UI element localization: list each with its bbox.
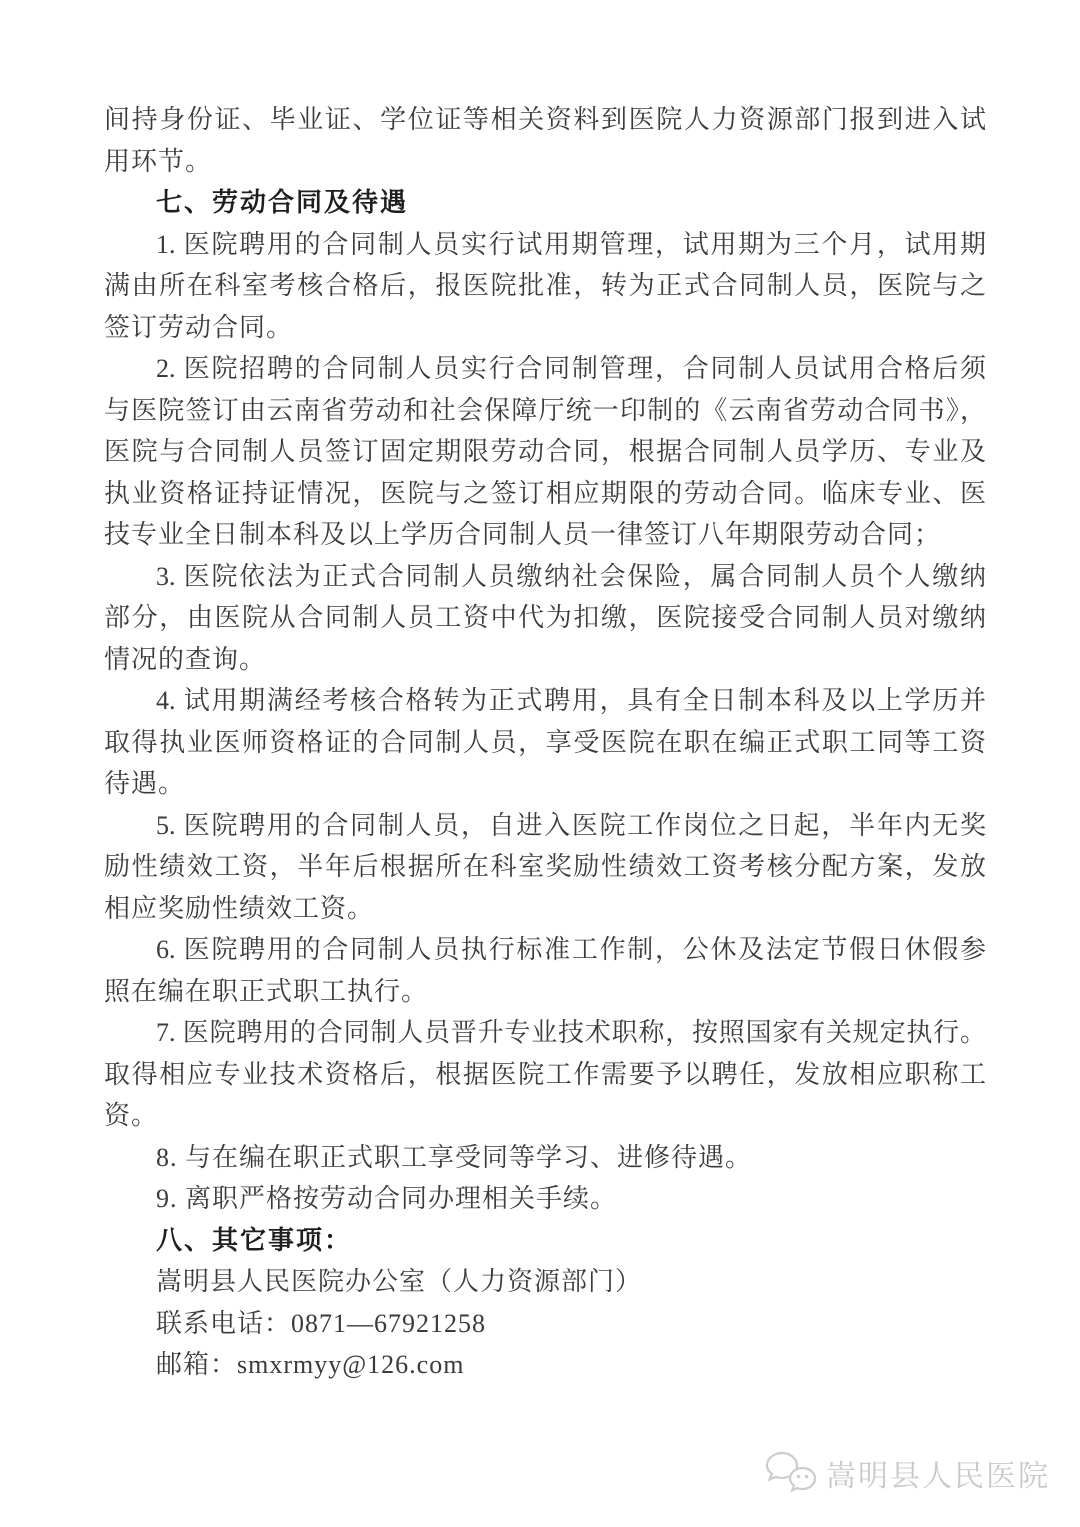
watermark: 嵩明县人民医院 <box>764 1450 1050 1496</box>
text-line: 照在编在职正式职工执行。 <box>104 971 986 1013</box>
text-line: 6. 医院聘用的合同制人员执行标准工作制，公休及法定节假日休假参 <box>104 929 986 971</box>
text-line: 与医院签订由云南省劳动和社会保障厅统一印制的《云南省劳动合同书》， <box>104 390 986 432</box>
text-line: 满由所在科室考核合格后，报医院批准，转为正式合同制人员，医院与之 <box>104 265 986 307</box>
text-line: 待遇。 <box>104 763 986 805</box>
text-line: 技专业全日制本科及以上学历合同制人员一律签订八年期限劳动合同； <box>104 514 986 556</box>
text-line: 联系电话：0871—67921258 <box>104 1303 986 1345</box>
wechat-icon <box>764 1450 818 1496</box>
text-line: 情况的查询。 <box>104 639 986 681</box>
text-line: 邮箱：smxrmyy@126.com <box>104 1344 986 1386</box>
text-line: 用环节。 <box>104 141 986 183</box>
text-line: 2. 医院招聘的合同制人员实行合同制管理，合同制人员试用合格后须 <box>104 348 986 390</box>
text-line: 取得执业医师资格证的合同制人员，享受医院在职在编正式职工同等工资 <box>104 722 986 764</box>
text-line: 执业资格证持证情况，医院与之签订相应期限的劳动合同。临床专业、医 <box>104 473 986 515</box>
text-line: 间持身份证、毕业证、学位证等相关资料到医院人力资源部门报到进入试 <box>104 99 986 141</box>
section-heading: 八、其它事项： <box>104 1220 986 1262</box>
section-heading: 七、劳动合同及待遇 <box>104 182 986 224</box>
text-line: 4. 试用期满经考核合格转为正式聘用，具有全日制本科及以上学历并 <box>104 680 986 722</box>
document-body: 间持身份证、毕业证、学位证等相关资料到医院人力资源部门报到进入试用环节。七、劳动… <box>104 99 986 1386</box>
text-line: 部分，由医院从合同制人员工资中代为扣缴，医院接受合同制人员对缴纳 <box>104 597 986 639</box>
text-line: 资。 <box>104 1095 986 1137</box>
text-line: 签订劳动合同。 <box>104 307 986 349</box>
document-page: 间持身份证、毕业证、学位证等相关资料到医院人力资源部门报到进入试用环节。七、劳动… <box>0 0 1080 1527</box>
text-line: 9. 离职严格按劳动合同办理相关手续。 <box>104 1178 986 1220</box>
text-line: 取得相应专业技术资格后，根据医院工作需要予以聘任，发放相应职称工 <box>104 1054 986 1096</box>
text-line: 5. 医院聘用的合同制人员，自进入医院工作岗位之日起，半年内无奖 <box>104 805 986 847</box>
text-line: 相应奖励性绩效工资。 <box>104 888 986 930</box>
text-line: 7. 医院聘用的合同制人员晋升专业技术职称，按照国家有关规定执行。 <box>104 1012 986 1054</box>
text-line: 3. 医院依法为正式合同制人员缴纳社会保险，属合同制人员个人缴纳 <box>104 556 986 598</box>
text-line: 8. 与在编在职正式职工享受同等学习、进修待遇。 <box>104 1137 986 1179</box>
text-line: 嵩明县人民医院办公室（人力资源部门） <box>104 1261 986 1303</box>
text-line: 医院与合同制人员签订固定期限劳动合同，根据合同制人员学历、专业及 <box>104 431 986 473</box>
text-line: 励性绩效工资，半年后根据所在科室奖励性绩效工资考核分配方案，发放 <box>104 846 986 888</box>
watermark-label: 嵩明县人民医院 <box>826 1451 1050 1495</box>
text-line: 1. 医院聘用的合同制人员实行试用期管理，试用期为三个月，试用期 <box>104 224 986 266</box>
